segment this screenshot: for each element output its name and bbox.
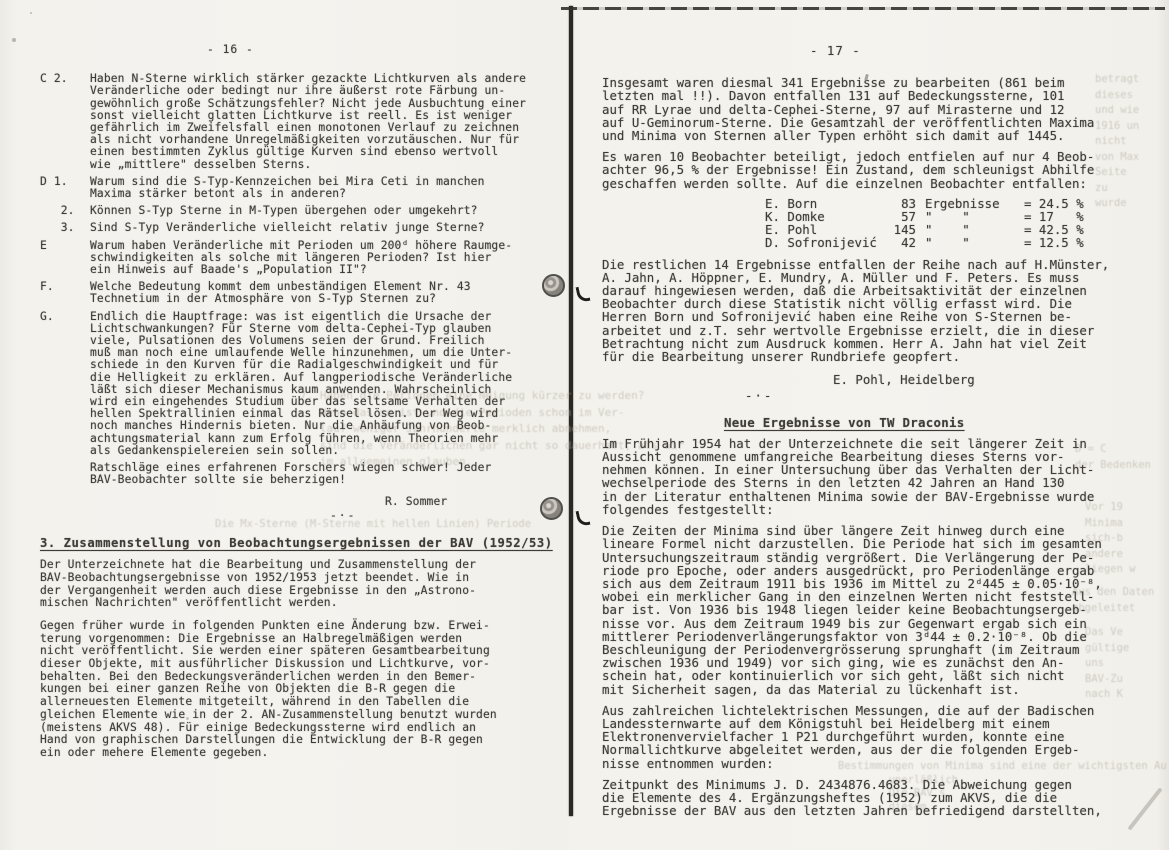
question-label: 3. (40, 222, 90, 234)
question-label: G. (40, 311, 90, 457)
paragraph: Die Zeiten der Minima sind über längere … (602, 524, 1162, 696)
question-text: Ratschläge eines erfahrenen Forschers wi… (90, 462, 491, 486)
result-share: = 12.5 % (1013, 236, 1084, 249)
paragraph: Insgesamt waren diesmal 341 Ergebnisse z… (602, 76, 1162, 142)
question-item: 3. Sind S-Typ Veränderliche vielleicht r… (40, 222, 565, 234)
question-text: Endlich die Hauptfrage: was ist eigentli… (90, 311, 512, 457)
scan-speck (12, 38, 16, 42)
question-label: E (40, 240, 90, 277)
page-number: - 16 - (207, 44, 565, 56)
separator-mark: -·- (745, 389, 1162, 402)
page-17: betragt dieses und wie 1916 un nicht von… (574, 0, 1169, 850)
page-16: 7. Haben die Perioden eine Neigung kürze… (0, 0, 569, 850)
hole-punch-mark (542, 274, 565, 297)
page-17-content: - 17 - Insgesamt waren diesmal 341 Ergeb… (602, 44, 1162, 817)
question-item: D 1. Warum sind die S-Typ-Kennzeichen be… (40, 176, 565, 200)
question-item: 2. Können S-Typ Sterne in M-Typen überge… (40, 205, 565, 217)
question-text: Warum haben Veränderliche mit Perioden u… (90, 240, 512, 277)
question-label: D 1. (40, 176, 90, 200)
question-text: Welche Bedeutung kommt dem unbeständigen… (90, 281, 471, 305)
question-item: E Warum haben Veränderliche mit Perioden… (40, 240, 565, 277)
paragraph: Im Frühjahr 1954 hat der Unterzeichnete … (602, 437, 1162, 516)
signature: E. Pohl, Heidelberg (833, 373, 1162, 386)
question-label: 2. (40, 205, 90, 217)
paragraph: Es waren 10 Beobachter beteiligt, jedoch… (602, 150, 1162, 190)
scan-speck (30, 12, 32, 14)
question-label: F. (40, 281, 90, 305)
scanned-document: 7. Haben die Perioden eine Neigung kürze… (0, 0, 1169, 850)
closing-advice: Ratschläge eines erfahrenen Forschers wi… (40, 462, 565, 486)
top-dashed-rule (561, 7, 1165, 10)
observer-name: D. Sofronijević (765, 236, 890, 249)
page-number: - 17 - (810, 44, 1162, 57)
paragraph: Gegen früher wurde in folgenden Punkten … (40, 620, 565, 760)
question-label (40, 462, 90, 486)
article-heading: Neue Ergebnisse von TW Draconis (724, 416, 1162, 429)
question-item: F. Welche Bedeutung kommt dem unbeständi… (40, 281, 565, 305)
hole-punch-mark (540, 497, 563, 520)
result-unit: " " (916, 236, 1013, 249)
question-item: C 2. Haben N-Sterne wirklich stärker gez… (40, 73, 565, 171)
question-text: Warum sind die S-Typ-Kennzeichen bei Mir… (90, 176, 485, 200)
page-16-content: - 16 - C 2. Haben N-Sterne wirklich stär… (40, 44, 565, 760)
paragraph: Zeitpunkt des Minimums J. D. 2434876.468… (602, 778, 1162, 818)
signature: R. Sommer (385, 496, 565, 508)
scan-speck (186, 717, 189, 720)
question-text: Haben N-Sterne wirklich stärker gezackte… (90, 73, 526, 171)
question-text: Sind S-Typ Veränderliche vielleicht rela… (90, 222, 485, 234)
separator-mark: -·- (330, 510, 565, 522)
question-text: Können S-Typ Sterne in M-Typen übergehen… (90, 205, 478, 217)
result-count: 42 (890, 236, 916, 249)
paragraph: Der Unterzeichnete hat die Bearbeitung u… (40, 559, 565, 610)
paragraph: Aus zahlreichen lichtelektrischen Messun… (602, 704, 1162, 770)
question-label: C 2. (40, 73, 90, 171)
section-heading: 3. Zusammenstellung von Beobachtungserge… (40, 537, 565, 549)
observer-results-table: E. Born 83 Ergebnisse = 24.5 % K. Domke … (765, 197, 1162, 250)
paragraph: Die restlichen 14 Ergebnisse entfallen d… (602, 258, 1162, 364)
question-item: G. Endlich die Hauptfrage: was ist eigen… (40, 311, 565, 457)
table-row: D. Sofronijević 42 " " = 12.5 % (765, 236, 1162, 249)
